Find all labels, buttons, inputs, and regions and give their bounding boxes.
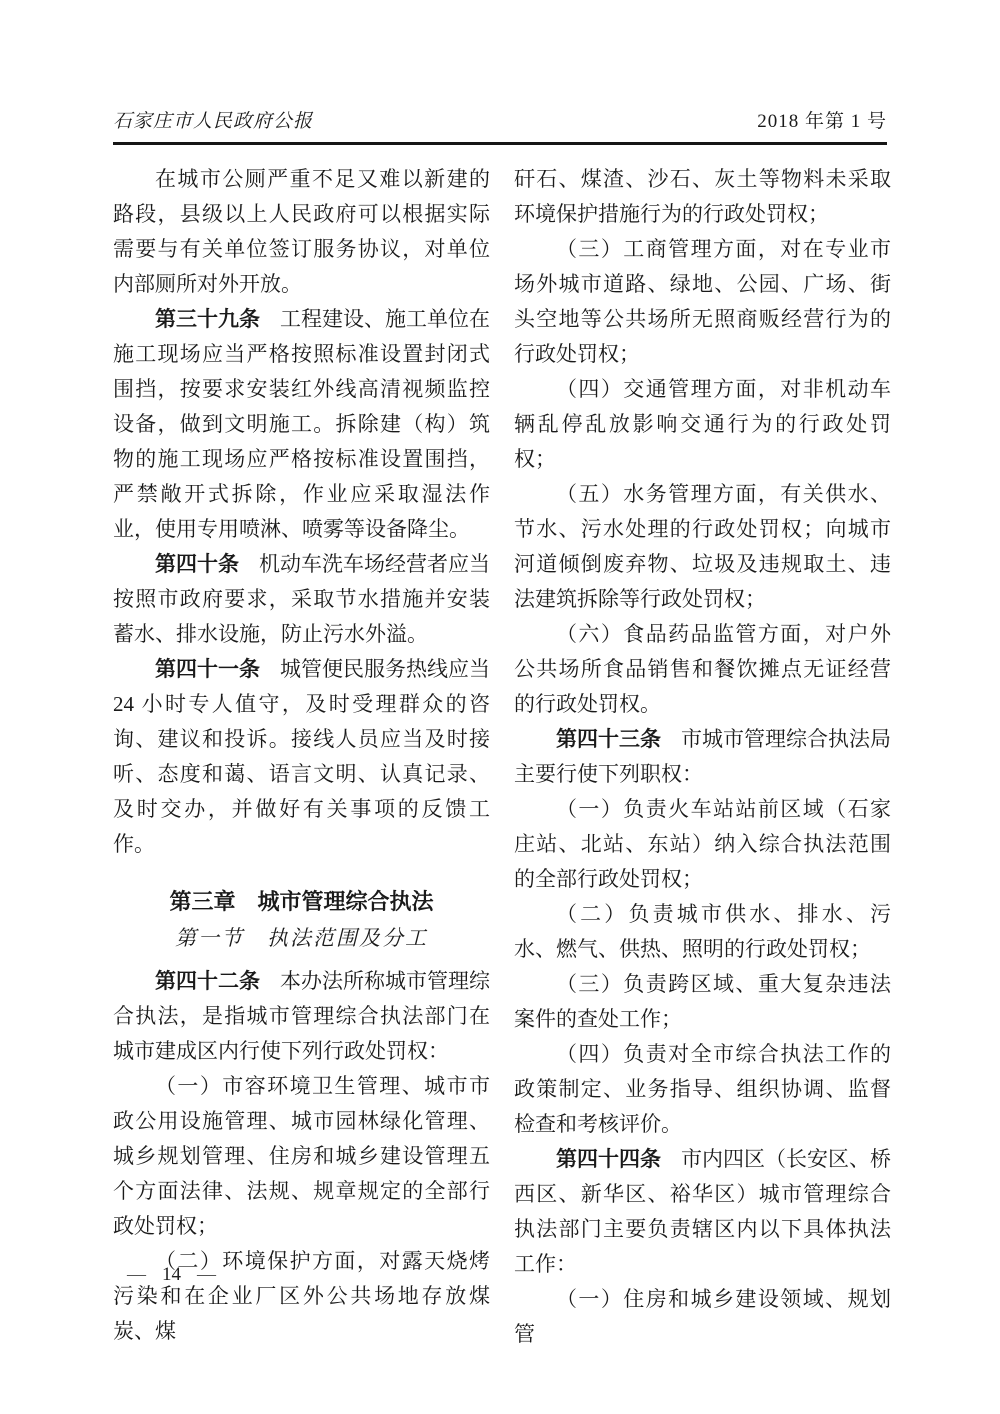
paragraph: （一）住房和城乡建设领域、规划管 [514, 1282, 891, 1352]
paragraph: （三）负责跨区域、重大复杂违法案件的查处工作； [514, 967, 891, 1037]
issue-number: 2018 年第 1 号 [757, 106, 887, 133]
column-left: 在城市公厕严重不足又难以新建的路段，县级以上人民政府可以根据实际需要与有关单位签… [113, 162, 490, 1352]
paragraph: （五）水务管理方面，有关供水、节水、污水处理的行政处罚权；向城市河道倾倒废弃物、… [514, 477, 891, 617]
paragraph: 第三十九条工程建设、施工单位在施工现场应当严格按照标准设置封闭式围挡，按要求安装… [113, 302, 490, 547]
paragraph: （一）负责火车站站前区域（石家庄站、北站、东站）纳入综合执法范围的全部行政处罚权… [514, 792, 891, 897]
article-number: 第四十条 [155, 553, 239, 576]
paragraph: 第四十四条市内四区（长安区、桥西区、新华区、裕华区）城市管理综合执法部门主要负责… [514, 1142, 891, 1282]
page-number-dash-right: — [197, 1264, 216, 1286]
paragraph: （六）食品药品监管方面，对户外公共场所食品销售和餐饮摊点无证经营的行政处罚权。 [514, 617, 891, 722]
paragraph: （二）负责城市供水、排水、污水、燃气、供热、照明的行政处罚权； [514, 897, 891, 967]
column-right: 矸石、煤渣、沙石、灰土等物料未采取环境保护措施行为的行政处罚权；（三）工商管理方… [514, 162, 891, 1352]
page-number-dash-left: — [127, 1264, 146, 1286]
paragraph: 第四十三条市城市管理综合执法局主要行使下列职权： [514, 722, 891, 792]
body-columns: 在城市公厕严重不足又难以新建的路段，县级以上人民政府可以根据实际需要与有关单位签… [113, 162, 887, 1352]
gazette-title: 石家庄市人民政府公报 [113, 106, 313, 133]
paragraph: 第四十一条城管便民服务热线应当24 小时专人值守，及时受理群众的咨询、建议和投诉… [113, 652, 490, 862]
article-number: 第四十三条 [556, 728, 661, 751]
paragraph: 矸石、煤渣、沙石、灰土等物料未采取环境保护措施行为的行政处罚权； [514, 162, 891, 232]
paragraph: （一）市容环境卫生管理、城市市政公用设施管理、城市园林绿化管理、城乡规划管理、住… [113, 1069, 490, 1244]
paragraph: （四）负责对全市综合执法工作的政策制定、业务指导、组织协调、监督检查和考核评价。 [514, 1037, 891, 1142]
section-heading: 第一节 执法范围及分工 [113, 920, 490, 957]
paragraph: （四）交通管理方面，对非机动车辆乱停乱放影响交通行为的行政处罚权； [514, 372, 891, 477]
article-number: 第三十九条 [155, 308, 260, 331]
running-head: 石家庄市人民政府公报 2018 年第 1 号 [113, 106, 887, 145]
page-number: — 14 — [127, 1264, 216, 1286]
article-number: 第四十一条 [155, 658, 260, 681]
article-number: 第四十四条 [556, 1148, 661, 1171]
gazette-page: 石家庄市人民政府公报 2018 年第 1 号 在城市公厕严重不足又难以新建的路段… [0, 0, 1000, 1414]
paragraph: （二）环境保护方面，对露天烧烤污染和在企业厂区外公共场地存放煤炭、煤 [113, 1244, 490, 1349]
paragraph: 第四十条机动车洗车场经营者应当按照市政府要求，采取节水措施并安装蓄水、排水设施，… [113, 547, 490, 652]
article-number: 第四十二条 [155, 970, 260, 993]
paragraph: 在城市公厕严重不足又难以新建的路段，县级以上人民政府可以根据实际需要与有关单位签… [113, 162, 490, 302]
paragraph: 第四十二条本办法所称城市管理综合执法，是指城市管理综合执法部门在城市建成区内行使… [113, 964, 490, 1069]
chapter-heading: 第三章 城市管理综合执法 [113, 883, 490, 920]
paragraph: （三）工商管理方面，对在专业市场外城市道路、绿地、公园、广场、街头空地等公共场所… [514, 232, 891, 372]
page-number-value: 14 [162, 1264, 181, 1286]
